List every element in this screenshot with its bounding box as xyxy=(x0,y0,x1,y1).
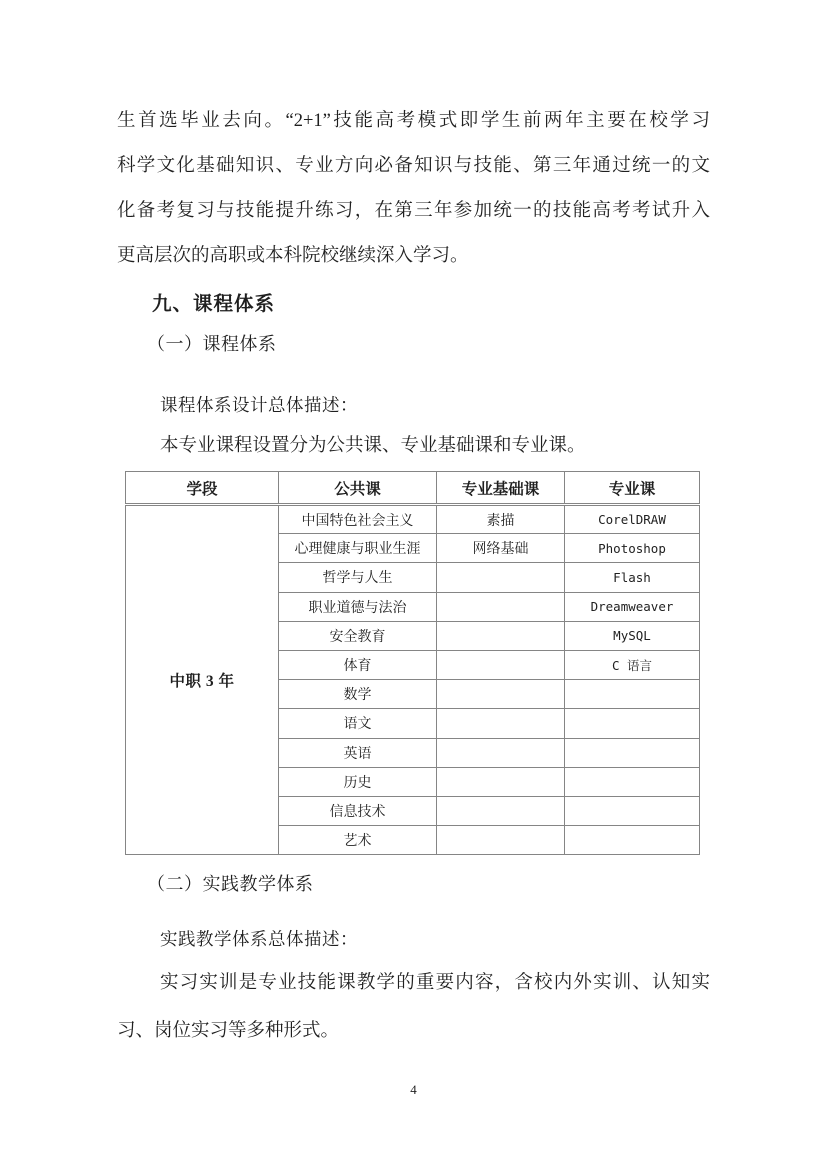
course-cell: 数学 xyxy=(279,680,437,709)
body-paragraph-line: 更高层次的高职或本科院校继续深入学习。 xyxy=(117,245,710,268)
course-cell: 体育 xyxy=(279,650,437,679)
course-cell xyxy=(565,680,700,709)
course-cell: Photoshop xyxy=(565,534,700,563)
course-cell xyxy=(565,826,700,855)
course-intro-text: 本专业课程设置分为公共课、专业基础课和专业课。 xyxy=(160,435,586,457)
course-cell: 中国特色社会主义 xyxy=(279,505,437,534)
course-cell: 艺术 xyxy=(279,826,437,855)
course-cell: CorelDRAW xyxy=(565,505,700,534)
course-cell xyxy=(437,680,565,709)
course-cell: Flash xyxy=(565,563,700,592)
page-number: 4 xyxy=(0,1082,827,1098)
subsection-heading-2: （二）实践教学体系 xyxy=(147,874,314,896)
course-cell: MySQL xyxy=(565,621,700,650)
course-cell: 语文 xyxy=(279,709,437,738)
column-header-public-courses: 公共课 xyxy=(279,472,437,505)
table-row: 中职 3 年中国特色社会主义素描CorelDRAW xyxy=(126,505,700,534)
course-cell xyxy=(437,709,565,738)
curriculum-table-body: 中职 3 年中国特色社会主义素描CorelDRAW心理健康与职业生涯网络基础Ph… xyxy=(126,505,700,855)
document-page: 生首选毕业去向。“2+1”技能高考模式即学生前两年主要在校学习 科学文化基础知识… xyxy=(0,0,827,1170)
stage-cell: 中职 3 年 xyxy=(126,505,279,855)
course-cell xyxy=(437,592,565,621)
course-cell xyxy=(437,767,565,796)
course-cell: 英语 xyxy=(279,738,437,767)
course-system-description-label: 课程体系设计总体描述： xyxy=(160,395,358,416)
course-cell: 历史 xyxy=(279,767,437,796)
body-paragraph-line: 化备考复习与技能提升练习，在第三年参加统一的技能高考考试升入 xyxy=(117,200,710,223)
column-header-basic-courses: 专业基础课 xyxy=(437,472,565,505)
column-header-stage: 学段 xyxy=(126,472,279,505)
course-cell: C 语言 xyxy=(565,650,700,679)
course-cell xyxy=(437,738,565,767)
course-cell: 信息技术 xyxy=(279,796,437,825)
course-cell xyxy=(437,563,565,592)
course-cell xyxy=(437,621,565,650)
course-cell xyxy=(437,796,565,825)
section-heading: 九、课程体系 xyxy=(152,293,275,316)
course-cell xyxy=(437,650,565,679)
course-cell xyxy=(437,826,565,855)
table-header-row: 学段 公共课 专业基础课 专业课 xyxy=(126,472,700,505)
course-cell xyxy=(565,738,700,767)
course-cell xyxy=(565,767,700,796)
course-cell: 素描 xyxy=(437,505,565,534)
subsection-heading-1: （一）课程体系 xyxy=(147,334,277,356)
body-paragraph-line: 生首选毕业去向。“2+1”技能高考模式即学生前两年主要在校学习 xyxy=(117,110,710,133)
course-cell xyxy=(565,709,700,738)
course-cell: 心理健康与职业生涯 xyxy=(279,534,437,563)
curriculum-table: 学段 公共课 专业基础课 专业课 中职 3 年中国特色社会主义素描CorelDR… xyxy=(125,471,700,855)
course-cell: 网络基础 xyxy=(437,534,565,563)
column-header-major-courses: 专业课 xyxy=(565,472,700,505)
course-cell: 哲学与人生 xyxy=(279,563,437,592)
body-paragraph-line: 习、岗位实习等多种形式。 xyxy=(117,1020,710,1043)
body-paragraph-line: 科学文化基础知识、专业方向必备知识与技能、第三年通过统一的文 xyxy=(117,155,710,178)
course-cell: 职业道德与法治 xyxy=(279,592,437,621)
course-cell: Dreamweaver xyxy=(565,592,700,621)
body-paragraph-line: 实习实训是专业技能课教学的重要内容，含校内外实训、认知实 xyxy=(117,972,710,995)
course-cell xyxy=(565,796,700,825)
practice-system-description-label: 实践教学体系总体描述： xyxy=(160,929,358,950)
course-cell: 安全教育 xyxy=(279,621,437,650)
